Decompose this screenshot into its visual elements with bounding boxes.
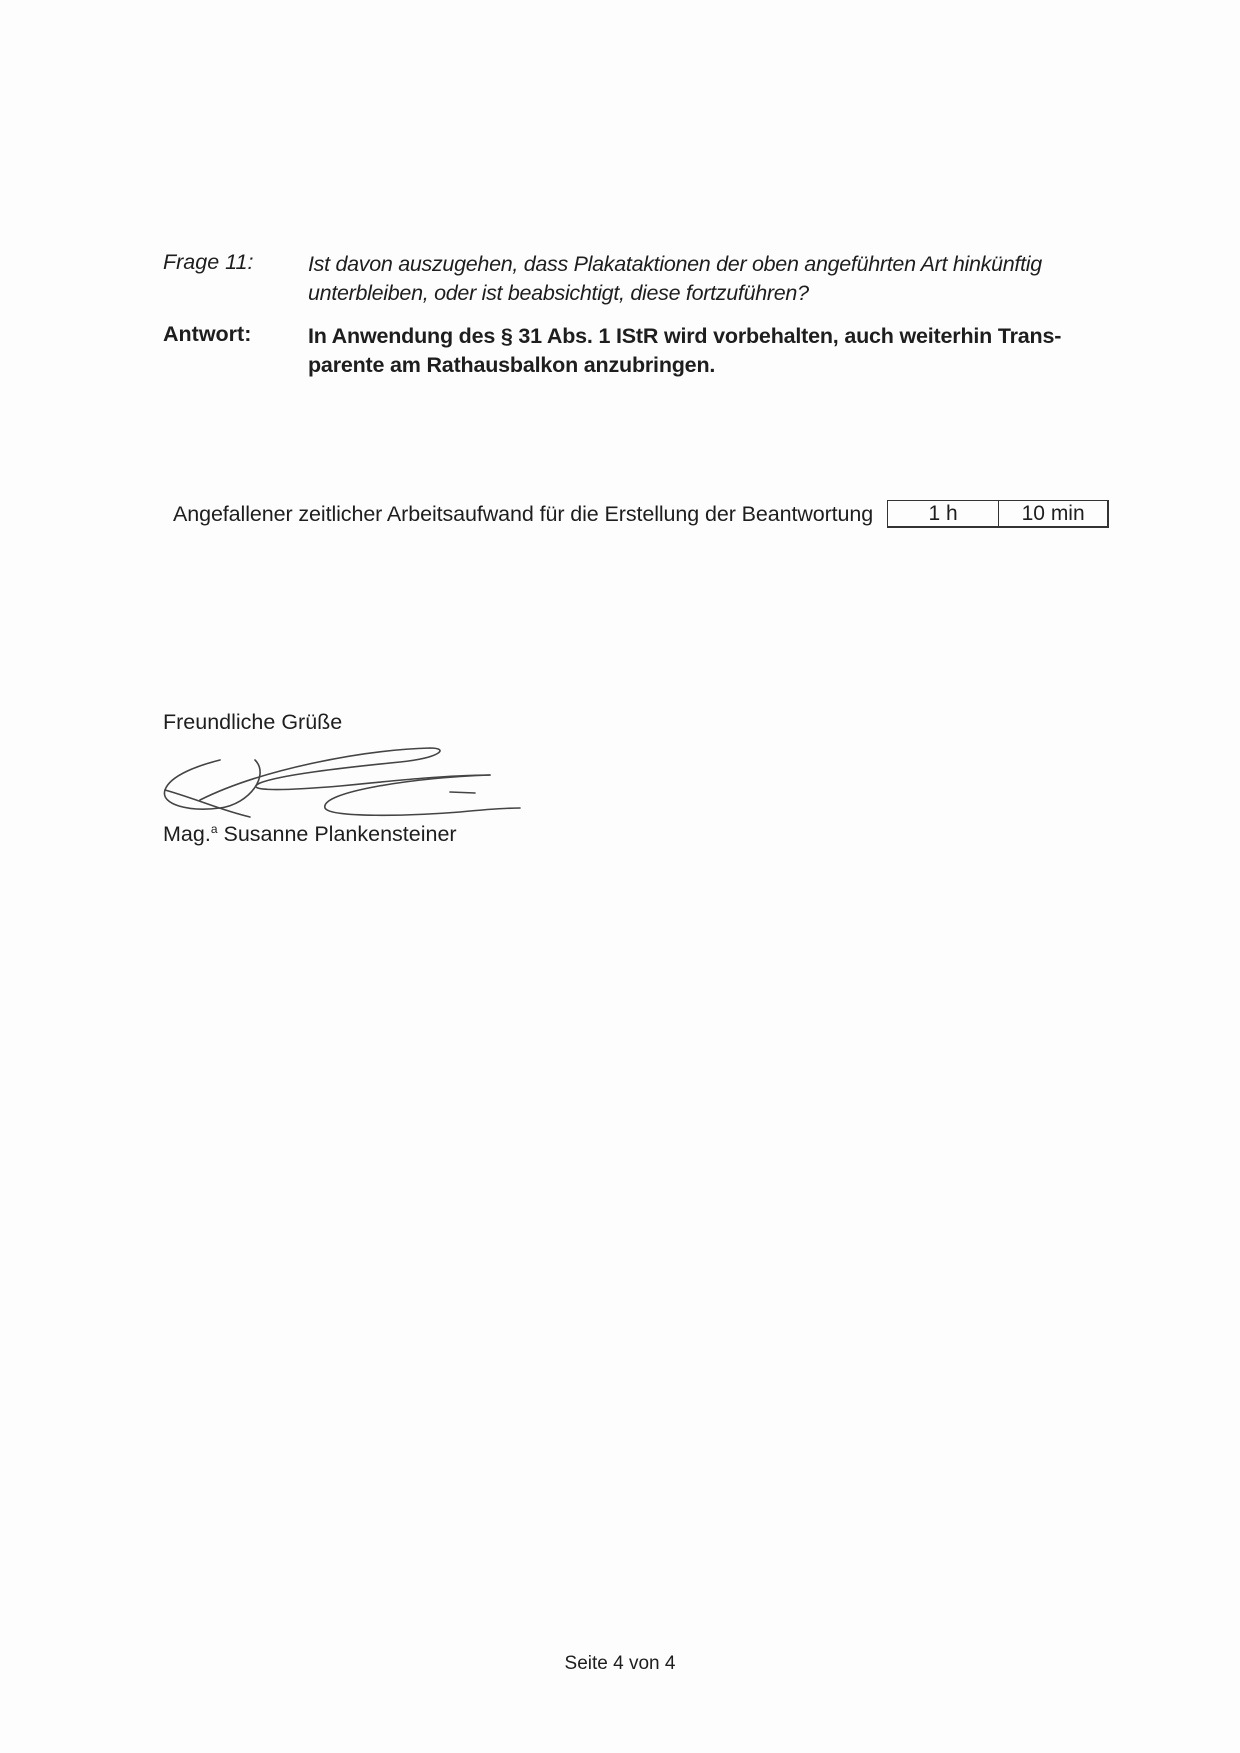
signer-name: Mag.a Susanne Plankensteiner: [163, 822, 457, 847]
signer-title: Mag.: [163, 822, 211, 846]
work-effort-label: Angefallener zeitlicher Arbeitsaufwand f…: [173, 502, 873, 527]
question-label: Frage 11:: [163, 250, 253, 275]
signer-title-suffix: a: [211, 822, 218, 836]
work-effort-hours: 1 h: [888, 501, 999, 526]
work-effort-row: Angefallener zeitlicher Arbeitsaufwand f…: [173, 500, 1109, 528]
signer-full-name: Susanne Plankensteiner: [223, 822, 456, 846]
signature-icon: [160, 720, 540, 820]
work-effort-box: 1 h 10 min: [887, 500, 1109, 528]
question-text: Ist davon auszugehen, dass Plakataktione…: [308, 250, 1128, 308]
answer-label: Antwort:: [163, 322, 251, 347]
work-effort-minutes: 10 min: [999, 501, 1107, 526]
page-number: Seite 4 von 4: [0, 1653, 1240, 1675]
answer-text: In Anwendung des § 31 Abs. 1 IStR wird v…: [308, 322, 1128, 380]
